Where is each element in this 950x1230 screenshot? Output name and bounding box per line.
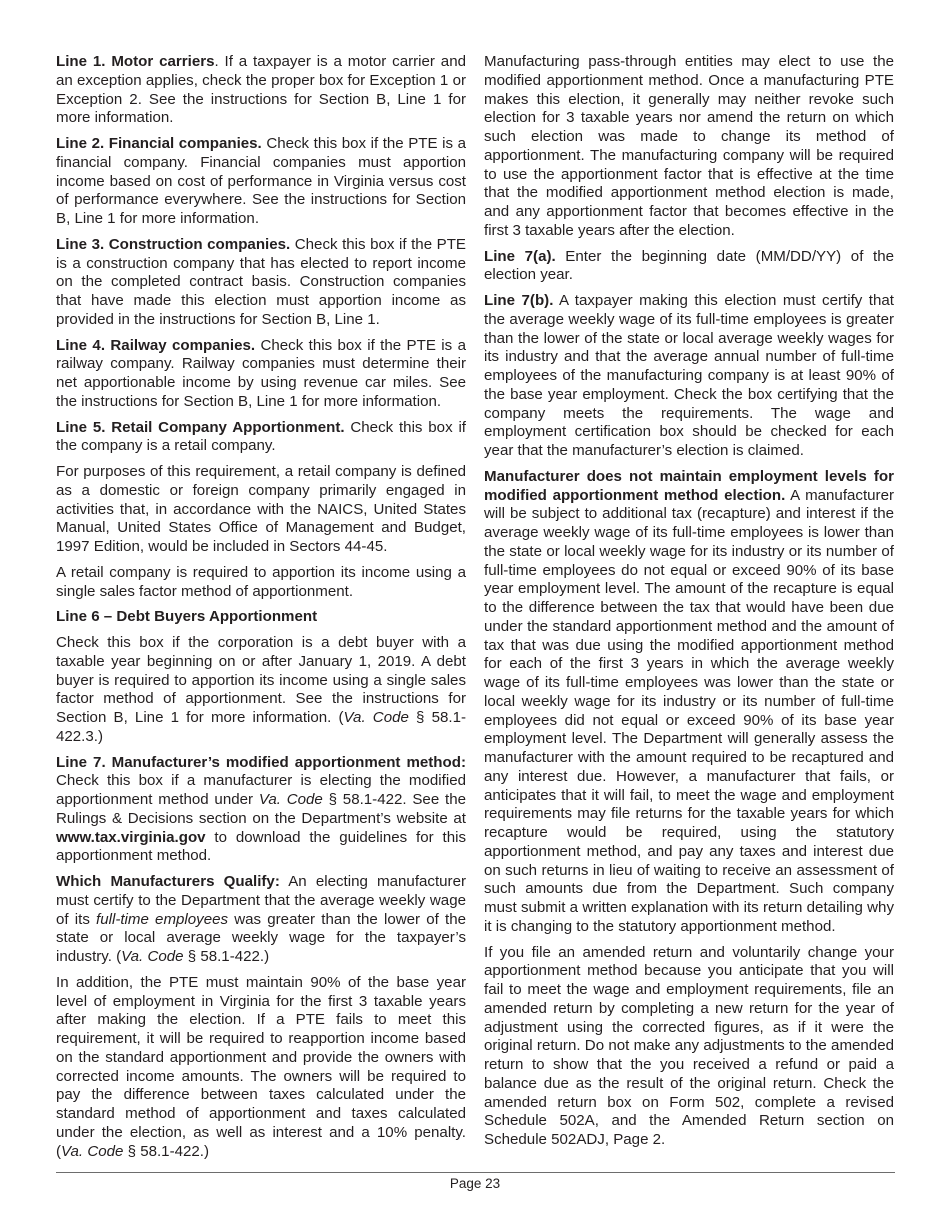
line5-paragraph: Line 5. Retail Company Apportionment. Ch…	[56, 419, 466, 457]
amended-return-paragraph: If you file an amended return and volunt…	[484, 944, 894, 1150]
line2-paragraph: Line 2. Financial companies. Check this …	[56, 135, 466, 229]
line6-paragraph: Check this box if the corporation is a d…	[56, 634, 466, 747]
addition-paragraph: In addition, the PTE must maintain 90% o…	[56, 974, 466, 1162]
line7a-paragraph: Line 7(a). Enter the beginning date (MM/…	[484, 248, 894, 286]
recapture-paragraph: Manufacturer does not maintain employmen…	[484, 468, 894, 937]
line7a-title: Line 7(a).	[484, 248, 556, 265]
qualify-paragraph: Which Manufacturers Qualify: An electing…	[56, 873, 466, 967]
footer-divider	[56, 1172, 895, 1173]
retail-definition-paragraph: For purposes of this requirement, a reta…	[56, 463, 466, 557]
recapture-text: A manufacturer will be subject to additi…	[484, 487, 894, 935]
line2-title: Line 2. Financial companies.	[56, 135, 262, 152]
left-column: Line 1. Motor carriers. If a taxpayer is…	[56, 53, 466, 1168]
line6-code-ref: Va. Code	[344, 709, 409, 726]
line3-paragraph: Line 3. Construction companies. Check th…	[56, 236, 466, 330]
line7b-paragraph: Line 7(b). A taxpayer making this electi…	[484, 292, 894, 461]
line1-paragraph: Line 1. Motor carriers. If a taxpayer is…	[56, 53, 466, 128]
line7b-title: Line 7(b).	[484, 292, 553, 309]
line7-code-ref: Va. Code	[259, 791, 323, 808]
line1-title: Line 1. Motor carriers	[56, 53, 214, 70]
right-column: Manufacturing pass-through entities may …	[484, 53, 894, 1157]
line4-title: Line 4. Railway companies.	[56, 337, 255, 354]
line5-title: Line 5. Retail Company Apportionment.	[56, 419, 345, 436]
line7-paragraph: Line 7. Manufacturer’s modified apportio…	[56, 754, 466, 867]
line4-paragraph: Line 4. Railway companies. Check this bo…	[56, 337, 466, 412]
website-link[interactable]: www.tax.virginia.gov	[56, 829, 206, 846]
qualify-italic-term: full-time employees	[96, 911, 228, 928]
addition-text: In addition, the PTE must maintain 90% o…	[56, 974, 466, 1160]
addition-code-ref: Va. Code	[61, 1143, 123, 1160]
addition-text-after: § 58.1-422.)	[123, 1143, 209, 1160]
line7b-text: A taxpayer making this election must cer…	[484, 292, 894, 459]
qualify-text-after: § 58.1-422.)	[184, 948, 270, 965]
line6-heading: Line 6 – Debt Buyers Apportionment	[56, 608, 466, 627]
retail-requirement-paragraph: A retail company is required to apportio…	[56, 564, 466, 602]
line7-title: Line 7. Manufacturer’s modified apportio…	[56, 754, 466, 771]
qualify-code-ref: Va. Code	[121, 948, 183, 965]
qualify-title: Which Manufacturers Qualify:	[56, 873, 280, 890]
document-page: Line 1. Motor carriers. If a taxpayer is…	[0, 0, 950, 1230]
pte-election-paragraph: Manufacturing pass-through entities may …	[484, 53, 894, 241]
line3-title: Line 3. Construction companies.	[56, 236, 290, 253]
page-number: Page 23	[0, 1176, 950, 1191]
